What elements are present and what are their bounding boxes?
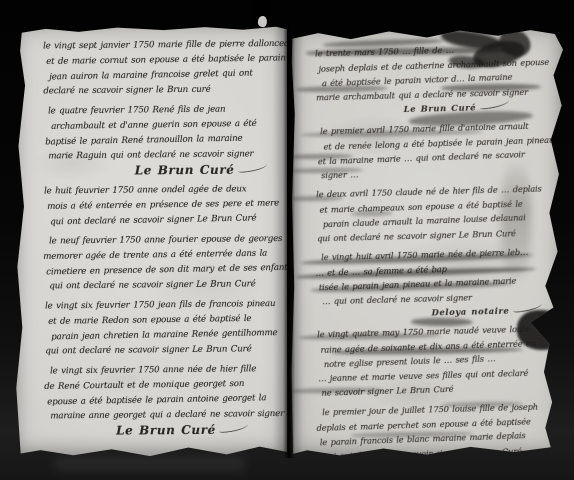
manuscript-scan: le vingt sept janvier 1750 marie fille d… [0,0,574,480]
cure-signature: Le Brun Curé [43,422,281,439]
register-entry: le vingt six feuvrier 1750 anne née de h… [43,362,282,439]
manuscript-line: qui ont declaré ne scavoir signer Le Bru… [45,342,281,359]
ink-smear [517,310,567,350]
scanner-bed-smudge [55,456,245,472]
manuscript-line: qui ont declaré ne scavoir signer Le Bru… [50,211,281,230]
manuscript-line: marie Raguin qui ont declaré ne scavoir … [48,147,281,164]
register-entry: le premier jour de juillet 1750 louise f… [315,399,556,462]
manuscript-line: declaré ne scavoir signer le Brun curé [43,82,281,99]
right-page: le trente mars 1750 … fille de …joseph d… [291,28,563,458]
water-stain [501,163,531,278]
register-entry: le vingt sept janvier 1750 marie fille d… [43,37,281,99]
register-entry: le neuf feuvrier 1750 anne fourier epous… [43,232,281,294]
binding-gutter [283,22,295,458]
cure-signature: Le Brun Curé [43,162,281,179]
left-page: le vingt sept janvier 1750 marie fille d… [13,25,287,457]
manuscript-line: qui ont declaré ne scavoir signer Le Bru… [49,277,281,294]
register-entry: le quatre feuvrier 1750 René fils de jea… [43,102,282,179]
register-entry: le vingt six feuvrier 1750 jean fils de … [43,297,281,359]
left-page-entries: le vingt sept janvier 1750 marie fille d… [43,39,281,444]
ink-smear [411,318,473,326]
register-entry: le huit feuvrier 1750 anne ondel agée de… [43,182,281,229]
